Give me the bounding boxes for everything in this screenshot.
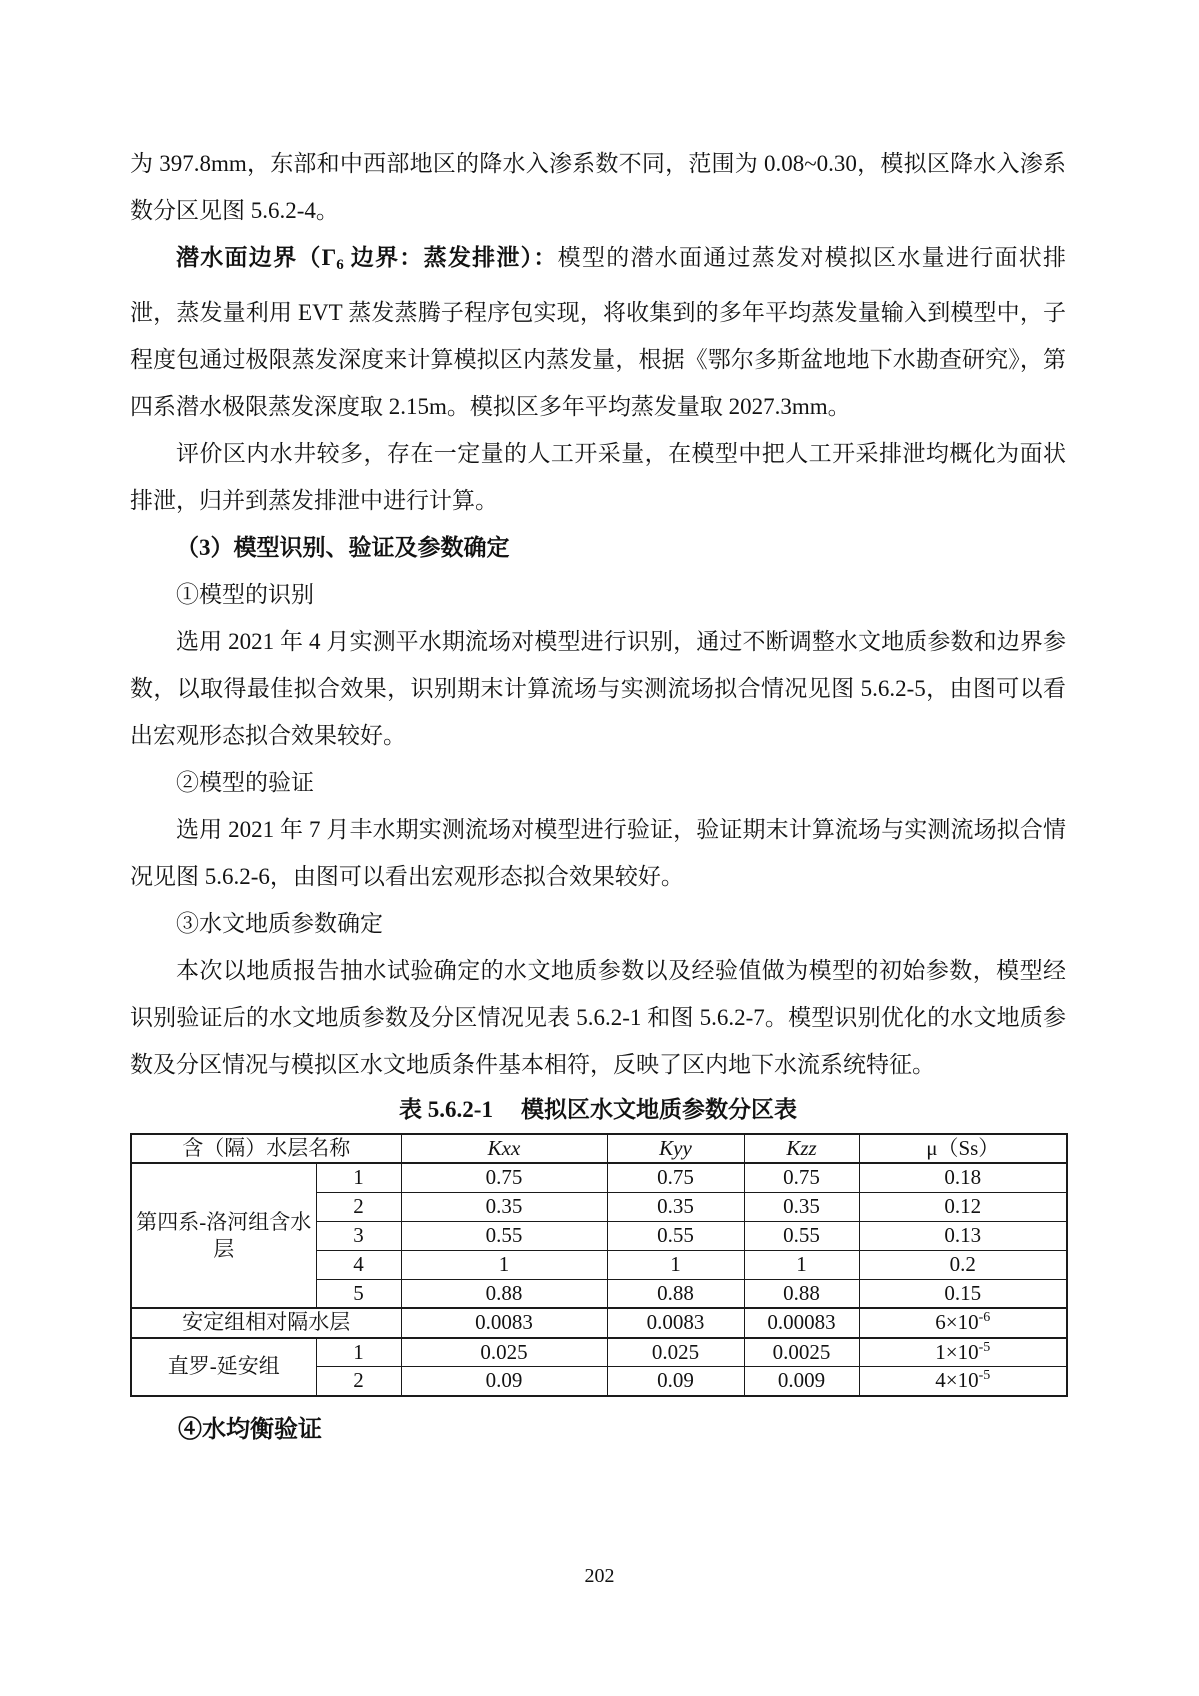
mu-value: 0.18: [859, 1163, 1067, 1192]
kyy-value: 0.88: [607, 1279, 744, 1308]
kyy-value: 0.0083: [607, 1308, 744, 1337]
header-kyy: Kyy: [607, 1134, 744, 1163]
table-caption-title: 模拟区水文地质参数分区表: [521, 1097, 797, 1122]
zone-number: 4: [316, 1250, 401, 1279]
exponent: -5: [979, 1340, 991, 1355]
table-caption-label: 表 5.6.2-1: [399, 1097, 493, 1122]
zone-number: 2: [316, 1367, 401, 1396]
group-zhiluo-name: 直罗-延安组: [131, 1338, 316, 1396]
kzz-value: 0.88: [744, 1279, 859, 1308]
boundary-term-bold: 潜水面边界（Γ6 边界：蒸发排泄）：: [176, 245, 558, 270]
paragraph-text: 模型的潜水面通过蒸发对模拟区水量进行面状排泄，蒸发量利用 EVT 蒸发蒸腾子程序…: [130, 245, 1066, 419]
kzz-value: 0.35: [744, 1192, 859, 1221]
page-number: 202: [0, 1562, 1199, 1590]
paragraph-parameters: 本次以地质报告抽水试验确定的水文地质参数以及经验值做为模型的初始参数，模型经识别…: [130, 947, 1066, 1088]
kyy-value: 0.35: [607, 1192, 744, 1221]
header-mu-ss: μ（Ss）: [859, 1134, 1067, 1163]
kzz-value: 1: [744, 1250, 859, 1279]
text-block: 为 397.8mm，东部和中西部地区的降水入渗系数不同，范围为 0.08~0.3…: [130, 140, 1066, 1454]
zone-number: 5: [316, 1279, 401, 1308]
exponent: -6: [979, 1310, 991, 1325]
paragraph-continuation: 为 397.8mm，东部和中西部地区的降水入渗系数不同，范围为 0.08~0.3…: [130, 140, 1066, 234]
document-page: 为 397.8mm，东部和中西部地区的降水入渗系数不同，范围为 0.08~0.3…: [0, 0, 1199, 1696]
kzz-value: 0.009: [744, 1367, 859, 1396]
mu-value: 0.2: [859, 1250, 1067, 1279]
paragraph-identification: 选用 2021 年 4 月实测平水期流场对模型进行识别，通过不断调整水文地质参数…: [130, 618, 1066, 759]
subitem-1-model-identification: ①模型的识别: [130, 571, 1066, 618]
table-caption: 表 5.6.2-1模拟区水文地质参数分区表: [130, 1092, 1066, 1128]
anding-layer-name: 安定组相对隔水层: [131, 1308, 401, 1337]
kyy-value: 0.09: [607, 1367, 744, 1396]
mu-value: 1×10-5: [859, 1338, 1067, 1367]
table-header-row: 含（隔）水层名称 Kxx Kyy Kzz μ（Ss）: [131, 1134, 1067, 1163]
header-layer-name: 含（隔）水层名称: [131, 1134, 401, 1163]
table-row: 第四系-洛河组含水层 1 0.75 0.75 0.75 0.18: [131, 1163, 1067, 1192]
kzz-value: 0.55: [744, 1221, 859, 1250]
subitem-2-model-verification: ②模型的验证: [130, 759, 1066, 806]
hydro-params-table: 含（隔）水层名称 Kxx Kyy Kzz μ（Ss） 第四系-洛河组含水层 1 …: [130, 1133, 1068, 1397]
zone-number: 3: [316, 1221, 401, 1250]
kyy-value: 1: [607, 1250, 744, 1279]
subitem-4-water-balance: ④水均衡验证: [130, 1407, 1066, 1454]
kxx-value: 0.09: [401, 1367, 607, 1396]
exponent: -5: [979, 1368, 991, 1383]
kxx-value: 0.0083: [401, 1308, 607, 1337]
mu-value: 0.13: [859, 1221, 1067, 1250]
kxx-value: 0.88: [401, 1279, 607, 1308]
kxx-value: 0.55: [401, 1221, 607, 1250]
zone-number: 1: [316, 1163, 401, 1192]
kxx-value: 0.75: [401, 1163, 607, 1192]
zone-number: 1: [316, 1338, 401, 1367]
kyy-value: 0.025: [607, 1338, 744, 1367]
kxx-value: 0.35: [401, 1192, 607, 1221]
section-heading-3: （3）模型识别、验证及参数确定: [130, 524, 1066, 571]
kxx-value: 1: [401, 1250, 607, 1279]
gamma-subscript: 6: [336, 257, 344, 273]
kyy-value: 0.55: [607, 1221, 744, 1250]
group-luohe-name: 第四系-洛河组含水层: [131, 1163, 316, 1308]
header-kxx: Kxx: [401, 1134, 607, 1163]
kyy-value: 0.75: [607, 1163, 744, 1192]
paragraph-water-table-boundary: 潜水面边界（Γ6 边界：蒸发排泄）：模型的潜水面通过蒸发对模拟区水量进行面状排泄…: [130, 234, 1066, 430]
mu-value: 4×10-5: [859, 1367, 1067, 1396]
paragraph-wells: 评价区内水井较多，存在一定量的人工开采量，在模型中把人工开采排泄均概化为面状排泄…: [130, 430, 1066, 524]
kzz-value: 0.00083: [744, 1308, 859, 1337]
mu-value: 0.12: [859, 1192, 1067, 1221]
mu-value: 0.15: [859, 1279, 1067, 1308]
kzz-value: 0.0025: [744, 1338, 859, 1367]
table-row: 直罗-延安组 1 0.025 0.025 0.0025 1×10-5: [131, 1338, 1067, 1367]
header-kzz: Kzz: [744, 1134, 859, 1163]
mu-value: 6×10-6: [859, 1308, 1067, 1337]
kzz-value: 0.75: [744, 1163, 859, 1192]
paragraph-verification: 选用 2021 年 7 月丰水期实测流场对模型进行验证，验证期末计算流场与实测流…: [130, 806, 1066, 900]
kxx-value: 0.025: [401, 1338, 607, 1367]
table-row-anding: 安定组相对隔水层 0.0083 0.0083 0.00083 6×10-6: [131, 1308, 1067, 1337]
subitem-3-hydro-parameters: ③水文地质参数确定: [130, 900, 1066, 947]
zone-number: 2: [316, 1192, 401, 1221]
